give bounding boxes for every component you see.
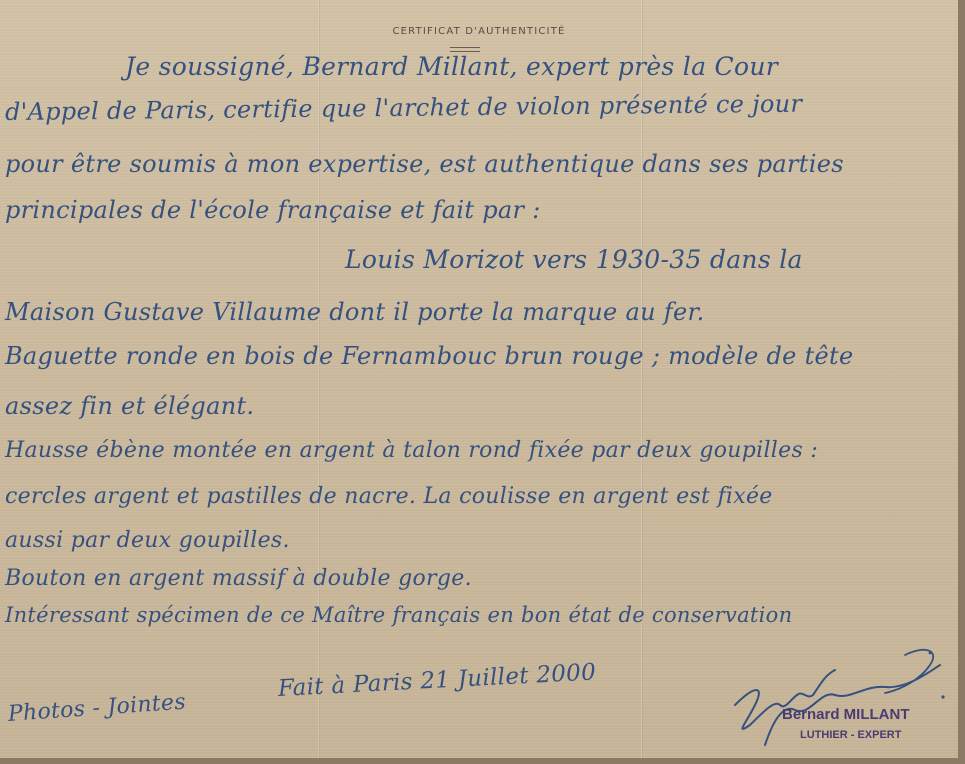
handwritten-line-3: pour être soumis à mon expertise, est au… [5,150,844,178]
handwritten-line-5: Louis Morizot vers 1930-35 dans la [345,245,803,274]
handwritten-line-6: Maison Gustave Villaume dont il porte la… [5,298,705,326]
photos-note: Photos - Jointes [7,690,187,727]
handwritten-line-10: cercles argent et pastilles de nacre. La… [5,484,773,509]
handwritten-line-7: Baguette ronde en bois de Fernambouc bru… [5,342,854,370]
handwritten-line-11: aussi par deux goupilles. [5,528,290,553]
handwritten-line-2: d'Appel de Paris, certifie que l'archet … [5,90,802,126]
handwritten-line-13: Intéressant spécimen de ce Maître frança… [5,603,792,627]
handwritten-line-4: principales de l'école française et fait… [5,196,541,224]
stamp-title: LUTHIER - EXPERT [800,729,901,741]
handwritten-line-1: Je soussigné, Bernard Millant, expert pr… [125,52,778,81]
handwritten-line-8: assez fin et élégant. [5,392,254,420]
certificate-header-title: CERTIFICAT D'AUTHENTICITÉ [0,26,958,37]
handwritten-line-9: Hausse ébène montée en argent à talon ro… [5,438,818,463]
place-and-date: Fait à Paris 21 Juillet 2000 [277,659,596,702]
certificate-page: CERTIFICAT D'AUTHENTICITÉ Je soussigné, … [0,0,958,758]
stamp-name: Bernard MILLANT [782,706,910,723]
handwritten-line-12: Bouton en argent massif à double gorge. [5,566,472,591]
